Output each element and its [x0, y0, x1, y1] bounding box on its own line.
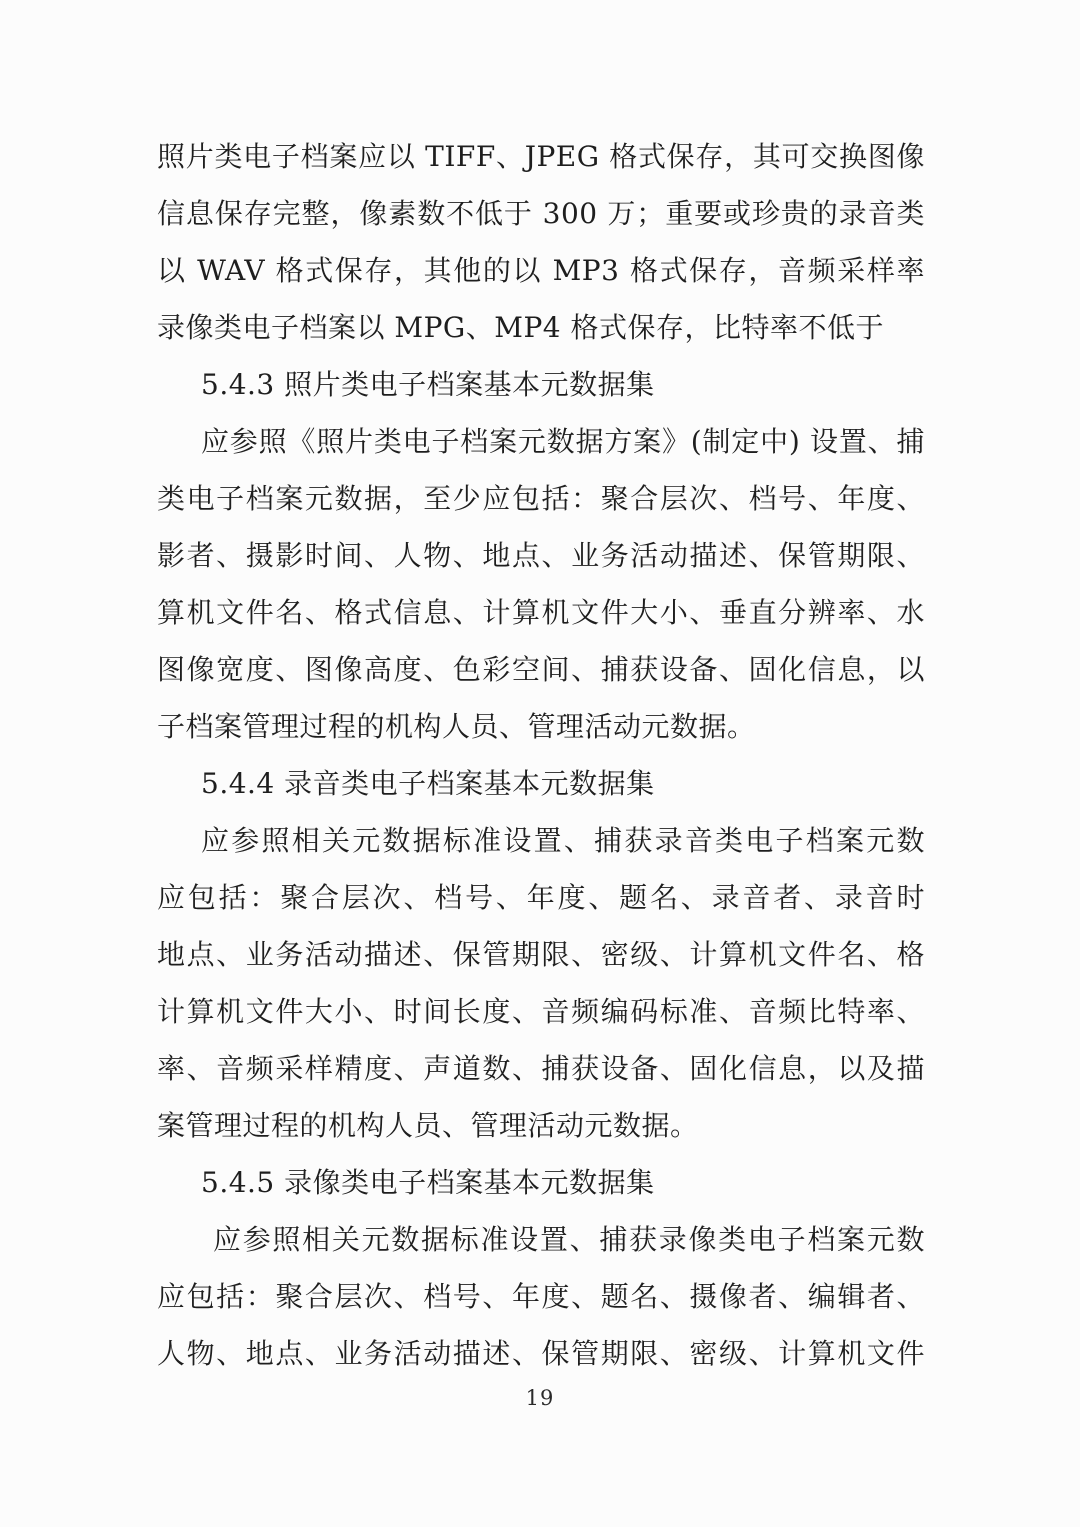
text-line: 信息保存完整，像素数不低于 300 万；重要或珍贵的录音类电子档案: [157, 185, 925, 242]
section-heading-544: 5.4.4 录音类电子档案基本元数据集: [157, 755, 925, 812]
text-line: 率、音频采样精度、声道数、捕获设备、固化信息，以及描述电子档: [157, 1040, 925, 1097]
section-heading-545: 5.4.5 录像类电子档案基本元数据集: [157, 1154, 925, 1211]
text-line: 计算机文件大小、时间长度、音频编码标准、音频比特率、音频采样: [157, 983, 925, 1040]
text-line: 案管理过程的机构人员、管理活动元数据。: [157, 1097, 925, 1154]
text-line: 类电子档案元数据，至少应包括：聚合层次、档号、年度、题名、摄: [157, 470, 925, 527]
text-line: 照片类电子档案应以 TIFF、JPEG 格式保存，其可交换图像文件(EXIF): [157, 128, 925, 185]
text-line: 应包括：聚合层次、档号、年度、题名、录音者、录音时间、人物、: [157, 869, 925, 926]
text-line: 应参照《照片类电子档案元数据方案》(制定中) 设置、捕获照片: [157, 413, 925, 470]
text-line: 录像类电子档案以 MPG、MP4 格式保存，比特率不低于 8Mbps。: [157, 299, 925, 356]
section-heading-543: 5.4.3 照片类电子档案基本元数据集: [157, 356, 925, 413]
text-line: 子档案管理过程的机构人员、管理活动元数据。: [157, 698, 925, 755]
page-number: 19: [0, 1386, 1080, 1410]
text-line: 地点、业务活动描述、保管期限、密级、计算机文件名、格式信息、: [157, 926, 925, 983]
document-page: 照片类电子档案应以 TIFF、JPEG 格式保存，其可交换图像文件(EXIF) …: [0, 0, 1080, 1527]
text-line: 算机文件名、格式信息、计算机文件大小、垂直分辨率、水平分辨率、: [157, 584, 925, 641]
text-line: 应包括：聚合层次、档号、年度、题名、摄像者、编辑者、摄像时间、: [157, 1268, 925, 1325]
text-line: 图像宽度、图像高度、色彩空间、捕获设备、固化信息，以及描述电: [157, 641, 925, 698]
text-line: 应参照相关元数据标准设置、捕获录音类电子档案元数据，至少: [157, 812, 925, 869]
document-body: 照片类电子档案应以 TIFF、JPEG 格式保存，其可交换图像文件(EXIF) …: [157, 128, 925, 1382]
text-line: 应参照相关元数据标准设置、捕获录像类电子档案元数据，至少: [157, 1211, 925, 1268]
text-line: 以 WAV 格式保存，其他的以 MP3 格式保存，音频采样率不低于 44.1kH…: [157, 242, 925, 299]
text-line: 影者、摄影时间、人物、地点、业务活动描述、保管期限、密级、计: [157, 527, 925, 584]
text-line: 人物、地点、业务活动描述、保管期限、密级、计算机文件名、格式: [157, 1325, 925, 1382]
